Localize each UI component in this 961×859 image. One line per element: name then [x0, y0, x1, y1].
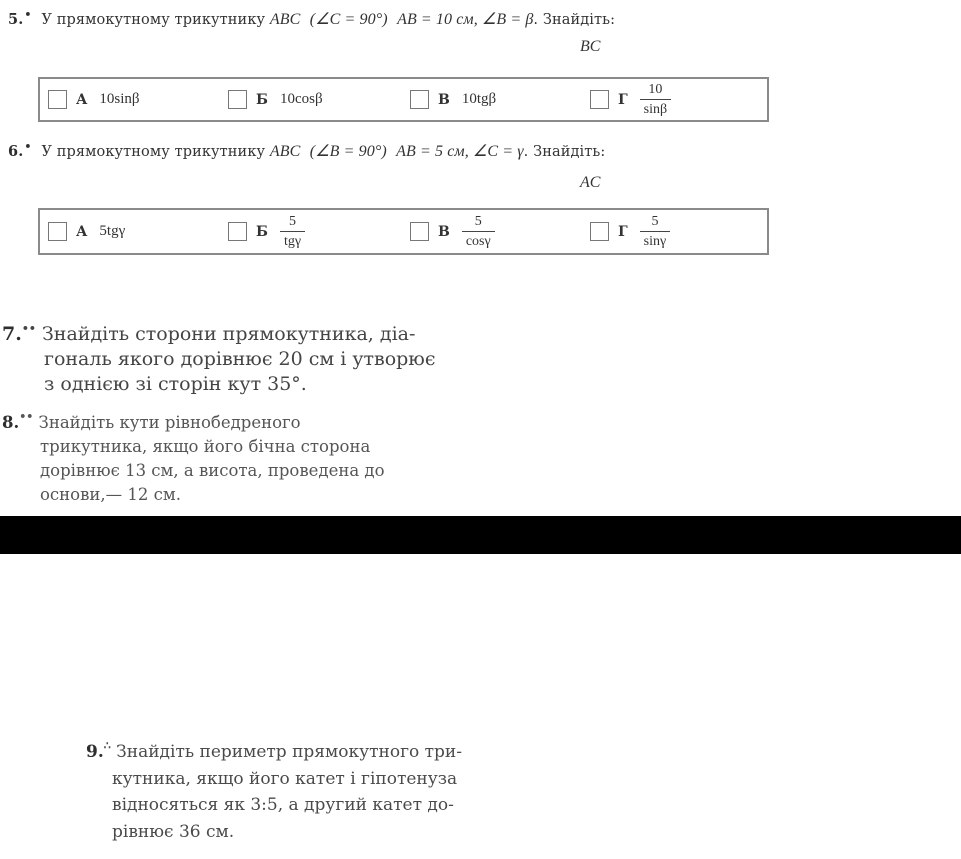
task-6-option-g[interactable]: Г 5sinγ [590, 210, 670, 253]
task-8-number: 8. [2, 413, 19, 432]
checkbox-v[interactable] [410, 222, 429, 241]
task-6-condition: (∠B = 90°) [310, 143, 387, 160]
task-6-text: У прямокутному трикутнику [41, 144, 269, 160]
task-7-number: 7. [2, 323, 22, 345]
task-5-condition: (∠C = 90°) [310, 11, 388, 28]
difficulty-dot-icon: • [24, 8, 31, 21]
task-9: 9.∴ Знайдіть периметр прямокутного три- … [86, 733, 462, 845]
checkbox-b[interactable] [228, 222, 247, 241]
fraction: 5sinγ [640, 215, 671, 249]
task-5-given: AB = 10 см, ∠B = β [397, 11, 533, 28]
task-9-line: кутника, якщо його катет і гіпотенуза [86, 766, 462, 793]
task-5-option-a[interactable]: А 10sinβ [48, 79, 140, 120]
task-6-find: AC [580, 174, 600, 192]
task-8-line: дорівнює 13 см, а висота, проведена до [2, 459, 385, 483]
task-6-suffix: . Знайдіть: [524, 144, 606, 160]
task-6-option-v[interactable]: В 5cosγ [410, 210, 495, 253]
checkbox-g[interactable] [590, 222, 609, 241]
task-8-line: основи,— 12 см. [2, 483, 385, 507]
checkbox-a[interactable] [48, 222, 67, 241]
task-7-line: з однією зі сторін кут 35°. [2, 372, 436, 397]
task-9-line: Знайдіть периметр прямокутного три- [116, 742, 462, 762]
task-5-number: 5. [8, 11, 23, 28]
task-9-number: 9. [86, 742, 104, 762]
task-6-number: 6. [8, 143, 23, 160]
task-8-line: трикутника, якщо його бічна сторона [2, 435, 385, 459]
fraction: 5tgγ [280, 215, 305, 249]
checkbox-g[interactable] [590, 90, 609, 109]
task-6-given: AB = 5 см, ∠C = γ [396, 143, 523, 160]
difficulty-dots-icon: •• [22, 322, 36, 335]
task-7-line: Знайдіть сторони прямокутника, діа- [42, 323, 415, 345]
task-9-line: рівнює 36 см. [86, 819, 462, 846]
task-5-find: BC [580, 38, 600, 56]
task-5-text: У прямокутному трикутнику [41, 12, 269, 28]
task-8: 8.•• Знайдіть кути рівнобедреного трикут… [2, 405, 385, 507]
task-5-statement: 5.•У прямокутному трикутнику ABC (∠C = 9… [8, 8, 615, 29]
difficulty-dot-icon: • [24, 140, 31, 153]
task-5-suffix: . Знайдіть: [533, 12, 615, 28]
task-5-triangle: ABC [270, 11, 301, 28]
task-9-line: відносяться як 3:5, а другий катет до- [86, 792, 462, 819]
task-6-triangle: ABC [270, 143, 301, 160]
task-8-line: Знайдіть кути рівнобедреного [39, 413, 301, 432]
image-separator-band [0, 516, 961, 554]
task-5-answer-box: А 10sinβ Б 10cosβ В 10tgβ Г 10sinβ [38, 77, 769, 122]
task-6-option-b[interactable]: Б 5tgγ [228, 210, 305, 253]
difficulty-dots-icon: •• [19, 410, 33, 423]
fraction: 10sinβ [640, 83, 671, 117]
difficulty-dots-icon: ∴ [104, 739, 111, 752]
checkbox-v[interactable] [410, 90, 429, 109]
checkbox-b[interactable] [228, 90, 247, 109]
task-7-line: гональ якого дорівнює 20 см і утворює [2, 347, 436, 372]
task-6-option-a[interactable]: А 5tgγ [48, 210, 125, 253]
task-7: 7.•• Знайдіть сторони прямокутника, діа-… [2, 316, 436, 397]
task-6-answer-box: А 5tgγ Б 5tgγ В 5cosγ Г 5sinγ [38, 208, 769, 255]
task-5-option-v[interactable]: В 10tgβ [410, 79, 496, 120]
task-6-statement: 6.•У прямокутному трикутнику ABC (∠B = 9… [8, 140, 605, 161]
checkbox-a[interactable] [48, 90, 67, 109]
fraction: 5cosγ [462, 215, 495, 249]
task-5-option-b[interactable]: Б 10cosβ [228, 79, 323, 120]
task-5-option-g[interactable]: Г 10sinβ [590, 79, 671, 120]
